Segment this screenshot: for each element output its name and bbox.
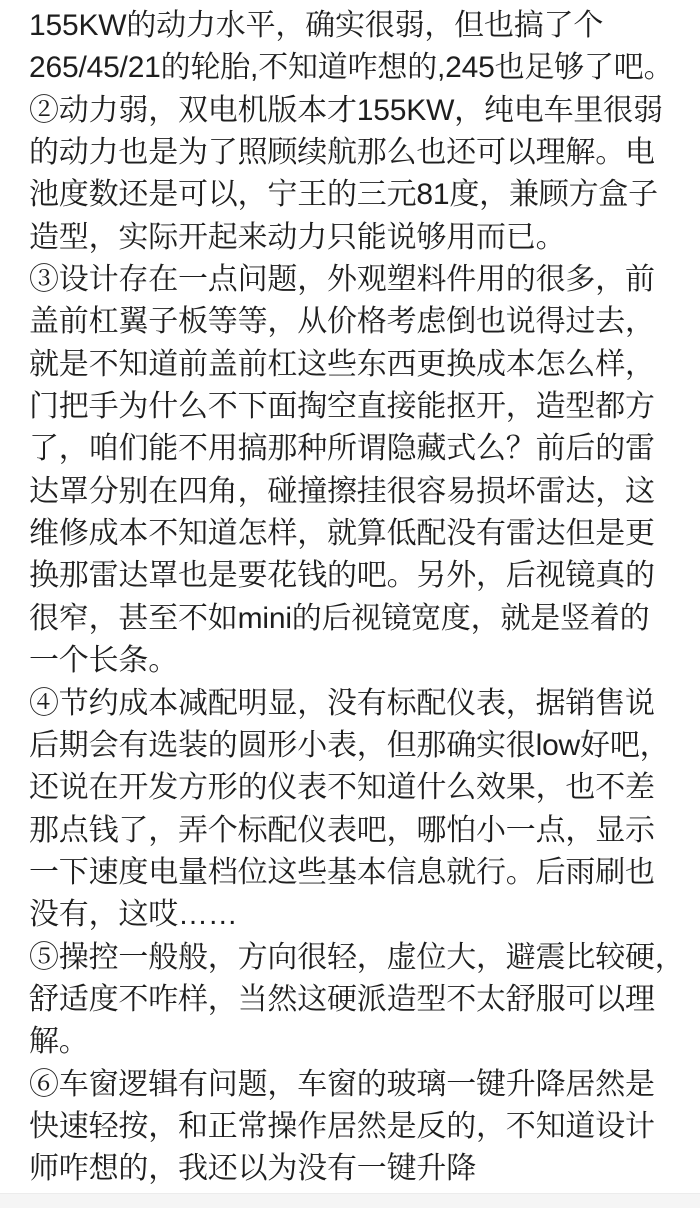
text-line: 一个长条。 [29, 640, 692, 682]
text-line: 了，咱们能不用搞那种所谓隐藏式么？前后的雷 [29, 428, 692, 470]
text-line: 155KW的动力水平，确实很弱，但也搞了个 [29, 5, 692, 47]
text-line: 那点钱了，弄个标配仪表吧，哪怕小一点，显示 [29, 810, 692, 852]
text-line: 达罩分别在四角，碰撞擦挂很容易损坏雷达，这 [29, 471, 692, 513]
text-line: 快速轻按，和正常操作居然是反的，不知道设计 [29, 1106, 692, 1148]
text-line: 盖前杠翼子板等等，从价格考虑倒也说得过去， [29, 301, 692, 343]
text-line: 还说在开发方形的仪表不知道什么效果，也不差 [29, 767, 692, 809]
document-text: 155KW的动力水平，确实很弱，但也搞了个 265/45/21的轮胎,不知道咋想… [0, 0, 700, 1191]
text-line: 没有，这哎…… [29, 894, 692, 936]
text-line: 很窄，甚至不如mini的后视镜宽度，就是竖着的 [29, 598, 692, 640]
text-line: ⑤操控一般般，方向很轻，虚位大，避震比较硬， [29, 937, 692, 979]
text-line: 解。 [29, 1021, 692, 1063]
text-line: 舒适度不咋样，当然这硬派造型不太舒服可以理 [29, 979, 692, 1021]
text-line: 后期会有选装的圆形小表，但那确实很low好吧， [29, 725, 692, 767]
text-line: 一下速度电量档位这些基本信息就行。后雨刷也 [29, 852, 692, 894]
text-line: 换那雷达罩也是要花钱的吧。另外，后视镜真的 [29, 555, 692, 597]
text-line: 维修成本不知道怎样，就算低配没有雷达但是更 [29, 513, 692, 555]
text-line: ②动力弱，双电机版本才155KW，纯电车里很弱 [29, 90, 692, 132]
text-line: 265/45/21的轮胎,不知道咋想的,245也足够了吧。 [29, 47, 692, 89]
text-line: 池度数还是可以，宁王的三元81度，兼顾方盒子 [29, 174, 692, 216]
text-line: ④节约成本减配明显，没有标配仪表，据销售说 [29, 683, 692, 725]
text-line: 造型，实际开起来动力只能说够用而已。 [29, 217, 692, 259]
text-line: ③设计存在一点问题，外观塑料件用的很多，前 [29, 259, 692, 301]
text-line: 师咋想的，我还以为没有一键升降 [29, 1148, 692, 1190]
text-line: 的动力也是为了照顾续航那么也还可以理解。电 [29, 132, 692, 174]
text-line: 就是不知道前盖前杠这些东西更换成本怎么样， [29, 344, 692, 386]
text-line: 门把手为什么不下面掏空直接能抠开，造型都方 [29, 386, 692, 428]
text-line: ⑥车窗逻辑有问题，车窗的玻璃一键升降居然是 [29, 1064, 692, 1106]
bottom-strip [0, 1193, 700, 1208]
